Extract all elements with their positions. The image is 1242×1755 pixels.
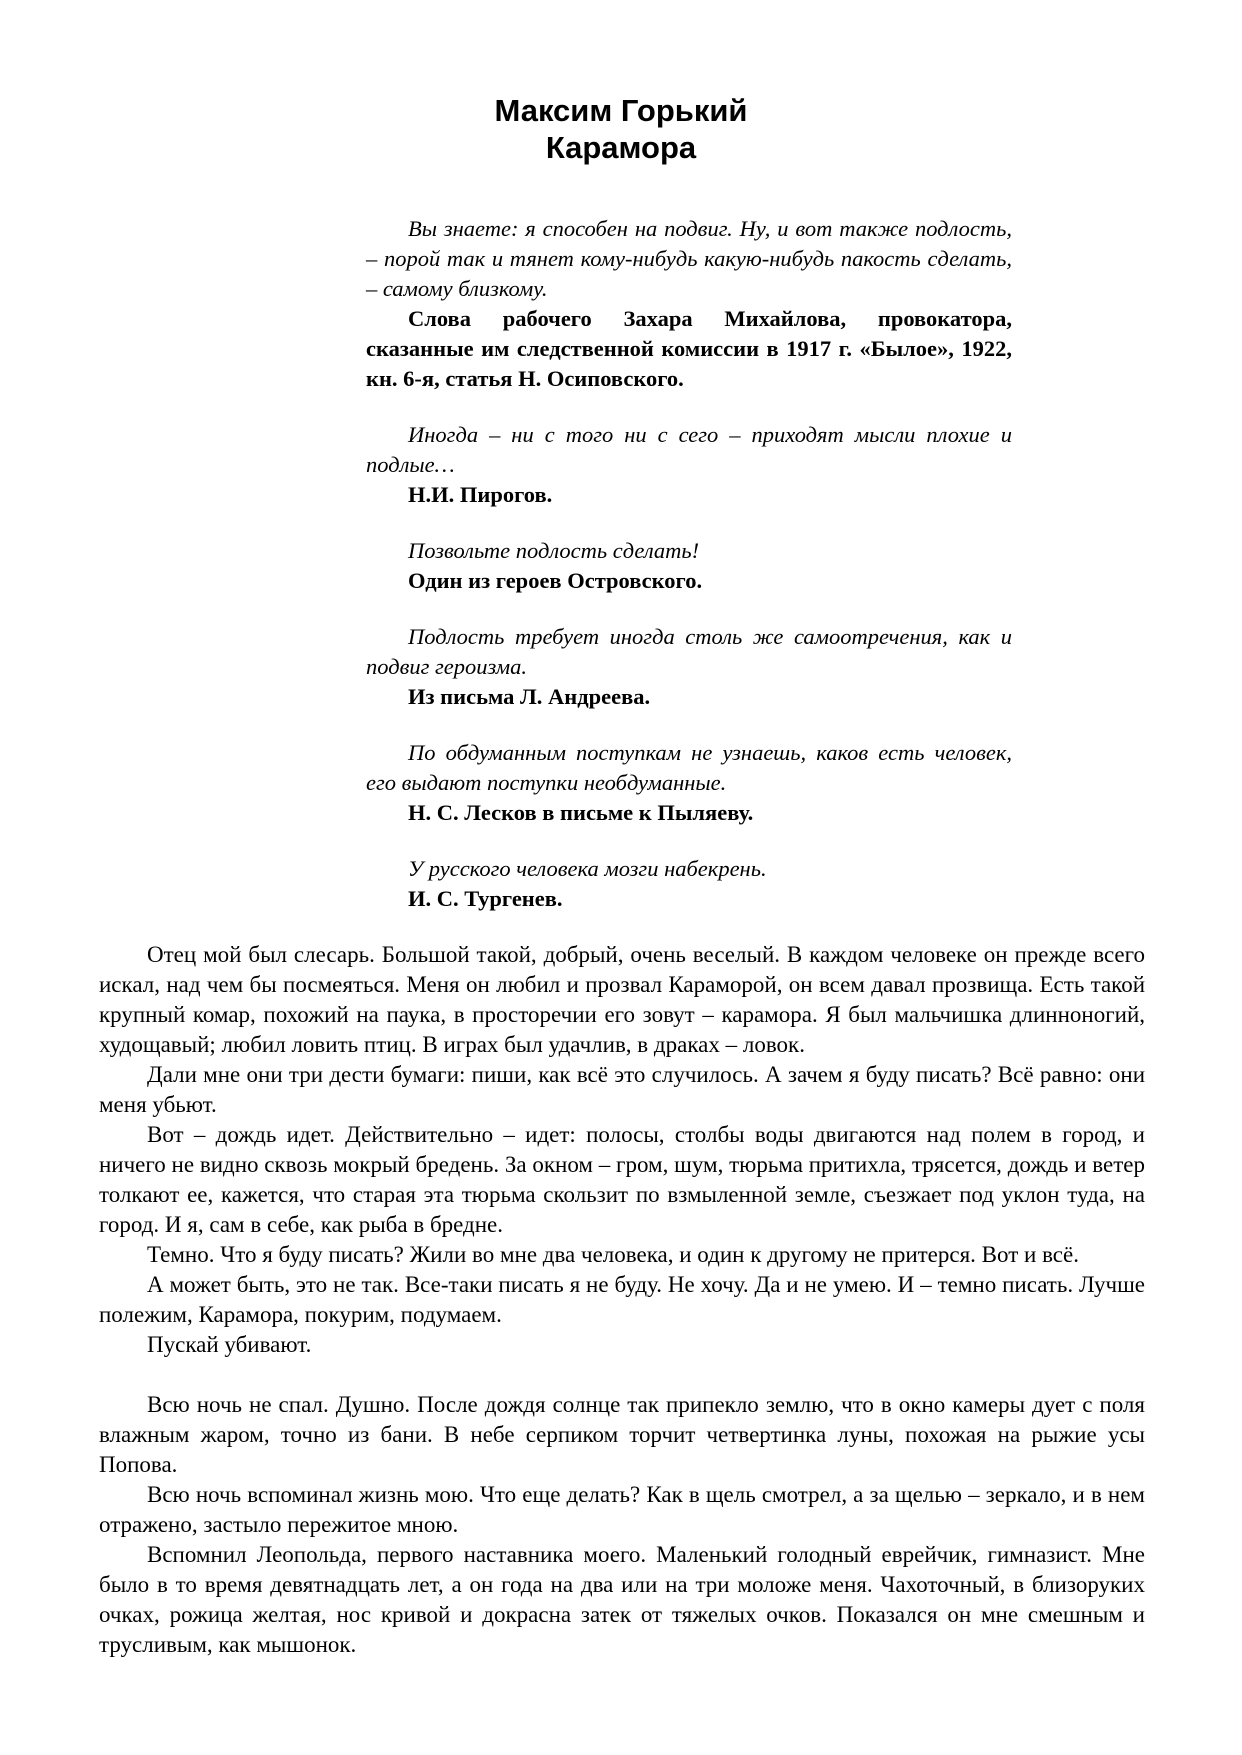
page-title: Максим Горький Карамора	[0, 0, 1242, 166]
epigraph-attribution: И. С. Тургенев.	[366, 884, 1012, 914]
epigraph-quote: У русского человека мозги набекрень.	[366, 854, 1012, 884]
epigraph-quote: Вы знаете: я способен на подвиг. Ну, и в…	[366, 214, 1012, 304]
work-title: Карамора	[0, 129, 1242, 166]
epigraph: Позвольте подлость сделать! Один из геро…	[366, 536, 1012, 596]
epigraph: По обдуманным поступкам не узнаешь, како…	[366, 738, 1012, 828]
epigraph-attribution: Н.И. Пирогов.	[366, 480, 1012, 510]
epigraph-attribution: Слова рабочего Захара Михайлова, провока…	[366, 304, 1012, 394]
body-text: Отец мой был слесарь. Большой такой, доб…	[99, 940, 1145, 1660]
body-paragraph: Всю ночь не спал. Душно. После дождя сол…	[99, 1390, 1145, 1480]
epigraph: Вы знаете: я способен на подвиг. Ну, и в…	[366, 214, 1012, 394]
epigraph: Подлость требует иногда столь же самоотр…	[366, 622, 1012, 712]
body-paragraph: Дали мне они три дести бумаги: пиши, как…	[99, 1060, 1145, 1120]
epigraph-section: Вы знаете: я способен на подвиг. Ну, и в…	[366, 214, 1012, 914]
body-paragraph: А может быть, это не так. Все-таки писат…	[99, 1270, 1145, 1330]
author-name: Максим Горький	[0, 92, 1242, 129]
epigraph: Иногда – ни с того ни с сего – приходят …	[366, 420, 1012, 510]
document-page: Максим Горький Карамора Вы знаете: я спо…	[0, 0, 1242, 1755]
epigraph-attribution: Из письма Л. Андреева.	[366, 682, 1012, 712]
epigraph: У русского человека мозги набекрень. И. …	[366, 854, 1012, 914]
epigraph-attribution: Н. С. Лесков в письме к Пыляеву.	[366, 798, 1012, 828]
epigraph-attribution: Один из героев Островского.	[366, 566, 1012, 596]
epigraph-quote: Подлость требует иногда столь же самоотр…	[366, 622, 1012, 682]
body-paragraph: Вот – дождь идет. Действительно – идет: …	[99, 1120, 1145, 1240]
epigraph-quote: По обдуманным поступкам не узнаешь, како…	[366, 738, 1012, 798]
epigraph-quote: Иногда – ни с того ни с сего – приходят …	[366, 420, 1012, 480]
body-paragraph: Темно. Что я буду писать? Жили во мне дв…	[99, 1240, 1145, 1270]
body-paragraph: Всю ночь вспоминал жизнь мою. Что еще де…	[99, 1480, 1145, 1540]
epigraph-quote: Позвольте подлость сделать!	[366, 536, 1012, 566]
body-paragraph: Пускай убивают.	[99, 1330, 1145, 1360]
body-paragraph: Отец мой был слесарь. Большой такой, доб…	[99, 940, 1145, 1060]
body-paragraph: Вспомнил Леопольда, первого наставника м…	[99, 1540, 1145, 1660]
